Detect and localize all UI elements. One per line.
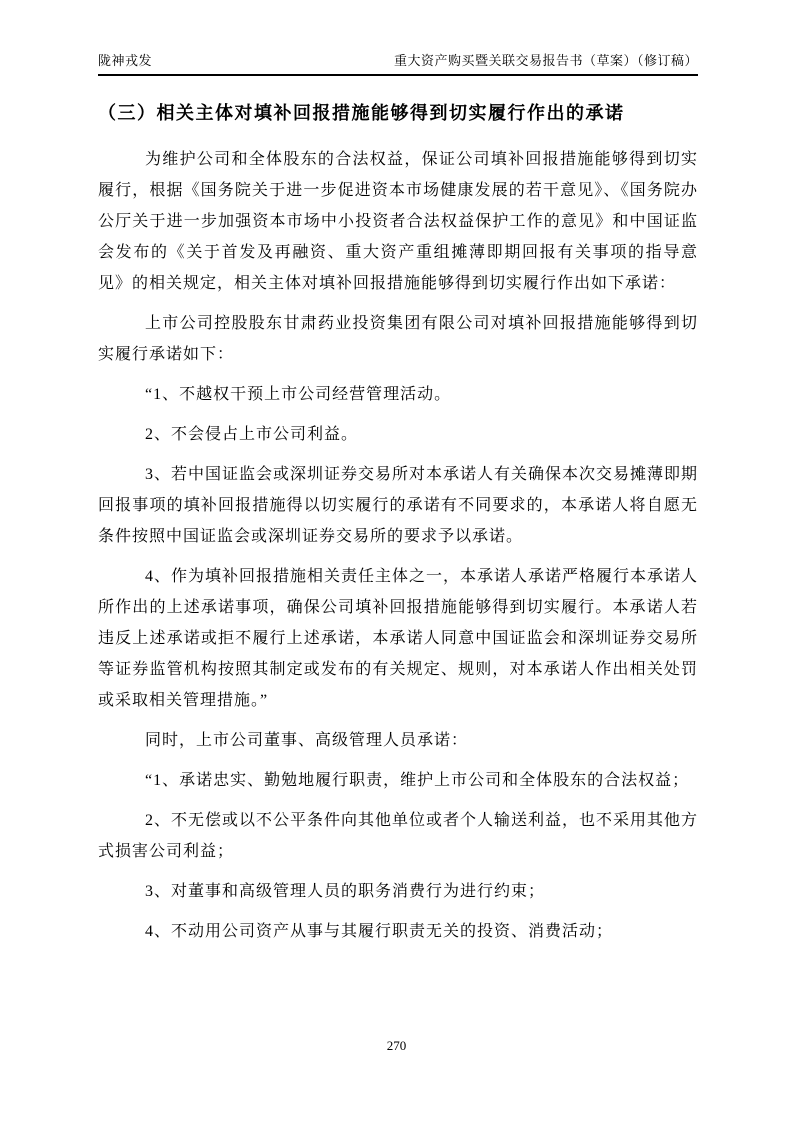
body-paragraph: “1、承诺忠实、勤勉地履行职责，维护上市公司和全体股东的合法权益； — [98, 765, 698, 796]
body-paragraph: 3、对董事和高级管理人员的职务消费行为进行约束； — [98, 876, 698, 907]
body-paragraph: 4、不动用公司资产从事与其履行职责无关的投资、消费活动； — [98, 916, 698, 947]
page-header: 陇神戎发 重大资产购买暨关联交易报告书（草案）（修订稿） — [98, 52, 698, 76]
body-paragraph: 2、不无偿或以不公平条件向其他单位或者个人输送利益，也不采用其他方式损害公司利益… — [98, 805, 698, 867]
section-heading: （三）相关主体对填补回报措施能够得到切实履行作出的承诺 — [98, 100, 698, 126]
body-paragraph: 3、若中国证监会或深圳证券交易所对本承诺人有关确保本次交易摊薄即期回报事项的填补… — [98, 459, 698, 552]
body-paragraph: 4、作为填补回报措施相关责任主体之一，本承诺人承诺严格履行本承诺人所作出的上述承… — [98, 561, 698, 716]
body-paragraph: 上市公司控股股东甘肃药业投资集团有限公司对填补回报措施能够得到切实履行承诺如下： — [98, 308, 698, 370]
body-paragraph: “1、不越权干预上市公司经营管理活动。 — [98, 379, 698, 410]
document-body: 为维护公司和全体股东的合法权益，保证公司填补回报措施能够得到切实履行，根据《国务… — [98, 144, 698, 956]
body-paragraph: 同时，上市公司董事、高级管理人员承诺： — [98, 725, 698, 756]
page-footer: 270 — [0, 1038, 793, 1054]
body-paragraph: 2、不会侵占上市公司利益。 — [98, 419, 698, 450]
document-page: 陇神戎发 重大资产购买暨关联交易报告书（草案）（修订稿） （三）相关主体对填补回… — [0, 0, 793, 1122]
header-company-name: 陇神戎发 — [98, 52, 152, 69]
body-paragraph: 为维护公司和全体股东的合法权益，保证公司填补回报措施能够得到切实履行，根据《国务… — [98, 144, 698, 299]
page-number: 270 — [387, 1038, 407, 1053]
header-report-title: 重大资产购买暨关联交易报告书（草案）（修订稿） — [394, 52, 698, 69]
